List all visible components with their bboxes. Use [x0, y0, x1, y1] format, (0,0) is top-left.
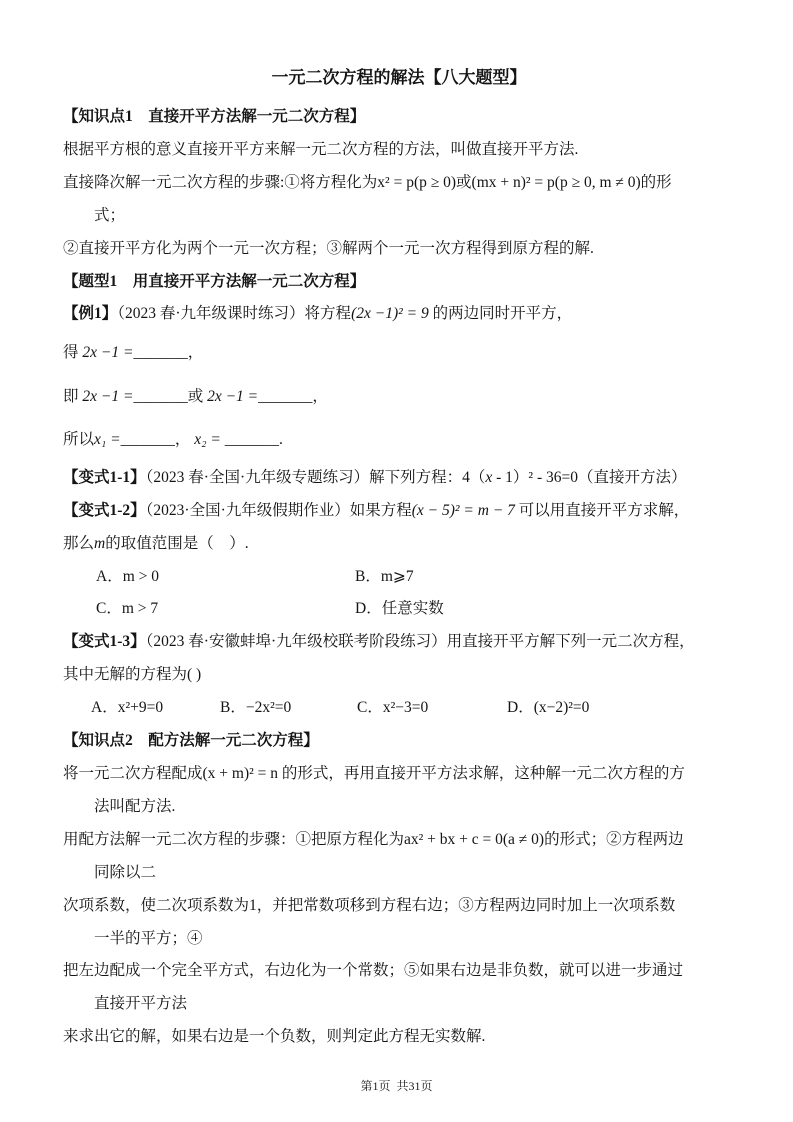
document-page: 一元二次方程的解法【八大题型】 【知识点1 直接开平方法解一元二次方程】根据平方… — [0, 0, 793, 1122]
text-segment: 直接降次解一元二次方程的步骤:①将方程化为x² = p(p ≥ 0)或(mx +… — [63, 174, 672, 191]
text-segment: 次项系数，使二次项系数为1，并把常数项移到方程右边；③方程两边同时加上一次项系数 — [63, 897, 675, 914]
kp2-definition-line-2: 法叫配方法. — [63, 791, 735, 824]
kp2-definition-line-1: 将一元二次方程配成(x + m)² = n 的形式，再用直接开平方法求解，这种解… — [63, 758, 735, 791]
text-segment: m — [94, 535, 105, 552]
text-segment: 或 — [188, 388, 207, 405]
option-item: C．x²−3=0 — [357, 692, 507, 725]
text-segment: 2x −1 = — [82, 388, 133, 405]
example-1-blank-line-1: 得 2x −1 =_______， — [63, 331, 735, 375]
text-segment: (x − 5)² = m − 7 — [412, 502, 515, 519]
text-segment: (2x −1)² = 9 — [351, 305, 429, 322]
option-item: B．m⩾7 — [355, 561, 414, 594]
text-segment: 其中无解的方程为( ) — [63, 666, 201, 683]
kp1-steps-line-1: 直接降次解一元二次方程的步骤:①将方程化为x² = p(p ≥ 0)或(mx +… — [63, 167, 735, 200]
text-segment: ②直接开平方化为两个一元一次方程；③解两个一元一次方程得到原方程的解. — [63, 240, 594, 257]
text-segment: 法叫配方法. — [94, 798, 175, 815]
kp2-steps-line-3: 次项系数，使二次项系数为1，并把常数项移到方程右边；③方程两边同时加上一次项系数 — [63, 890, 735, 923]
example-1-blank-line-3: 所以x₁ =_______， x₂ = _______. — [63, 418, 735, 462]
option-item: B．−2x²=0 — [220, 692, 357, 725]
variant-1-2-stem: 【变式1-2】（2023·全国·九年级假期作业）如果方程(x − 5)² = m… — [63, 495, 735, 528]
text-segment: （2023·全国·九年级假期作业）如果方程 — [146, 502, 412, 519]
variant-1-1-stem: 【变式1-1】（2023 春·全国·九年级专题练习）解下列方程：4（x - 1）… — [63, 462, 735, 495]
text-segment: _______ — [121, 431, 175, 448]
option-item: A．x²+9=0 — [91, 692, 220, 725]
text-segment: 那么 — [63, 535, 94, 552]
text-segment: 来求出它的解，如果右边是一个负数，则判定此方程无实数解. — [63, 1028, 485, 1045]
text-segment: 直接开平方法 — [94, 995, 187, 1012]
kp2-steps-line-1: 用配方法解一元二次方程的步骤：①把原方程化为ax² + bx + c = 0(a… — [63, 824, 735, 857]
variant-1-3-options: A．x²+9=0B．−2x²=0C．x²−3=0D．(x−2)²=0 — [63, 692, 735, 725]
kp1-definition: 根据平方根的意义直接开平方来解一元二次方程的方法，叫做直接开平方法. — [63, 134, 735, 167]
kp1-steps-line-3: ②直接开平方化为两个一元一次方程；③解两个一元一次方程得到原方程的解. — [63, 233, 735, 266]
doc-lines: 【知识点1 直接开平方法解一元二次方程】根据平方根的意义直接开平方来解一元二次方… — [63, 101, 735, 1054]
kp2-steps-line-2: 同除以二 — [63, 857, 735, 890]
text-segment: - 1）² - 36=0（直接开方法） — [492, 469, 686, 486]
page-title: 一元二次方程的解法【八大题型】 — [63, 66, 735, 90]
text-segment: x₂ = — [194, 431, 224, 448]
text-segment: （2023 春·全国·九年级专题练习）解下列方程：4（ — [146, 469, 486, 486]
option-item: A．m > 0 — [96, 561, 355, 594]
text-segment: ， — [312, 388, 328, 405]
text-segment: 同除以二 — [94, 864, 156, 881]
text-segment: 把左边配成一个完全平方式，右边化为一个常数；⑤如果右边是非负数，就可以进一步通过 — [63, 962, 683, 979]
variant-1-2-question: 那么m的取值范围是（ ）. — [63, 528, 735, 561]
text-segment: （2023 春·安徽蚌埠·九年级校联考阶段练习）用直接开平方解下列一元二次方程， — [146, 633, 695, 650]
example-1-stem: 【例1】（2023 春·九年级课时练习）将方程(2x −1)² = 9 的两边同… — [63, 298, 735, 331]
text-segment: 【变式1-2】 — [63, 502, 146, 519]
option-item: D．(x−2)²=0 — [507, 692, 589, 725]
kp1-steps-line-2: 式； — [63, 200, 735, 233]
kp2-steps-line-7: 来求出它的解，如果右边是一个负数，则判定此方程无实数解. — [63, 1021, 735, 1054]
knowledge-point-1-heading: 【知识点1 直接开平方法解一元二次方程】 — [63, 101, 735, 134]
text-segment: 根据平方根的意义直接开平方来解一元二次方程的方法，叫做直接开平方法. — [63, 141, 578, 158]
variant-1-3-question: 其中无解的方程为( ) — [63, 659, 735, 692]
text-segment: 2x −1 = — [207, 388, 258, 405]
text-segment: 的取值范围是（ ）. — [105, 535, 248, 552]
text-segment: 将一元二次方程配成(x + m)² = n 的形式，再用直接开平方法求解，这种解… — [63, 765, 685, 782]
text-segment: 即 — [63, 388, 82, 405]
text-segment: _______ — [225, 431, 279, 448]
option-item: C．m > 7 — [96, 593, 355, 626]
text-segment: 【题型1 用直接开平方法解一元二次方程】 — [63, 273, 365, 290]
text-segment: x₁ = — [94, 431, 121, 448]
text-segment: 所以 — [63, 431, 94, 448]
text-segment: 用配方法解一元二次方程的步骤：①把原方程化为ax² + bx + c = 0(a… — [63, 831, 684, 848]
text-segment: （2023 春·九年级课时练习）将方程 — [117, 305, 351, 322]
kp2-steps-line-6: 直接开平方法 — [63, 988, 735, 1021]
example-1-blank-line-2: 即 2x −1 =_______或 2x −1 =_______， — [63, 375, 735, 419]
text-segment: 一半的平方；④ — [94, 930, 203, 947]
text-segment: _______ — [258, 388, 312, 405]
text-segment: 2x −1 = — [82, 344, 133, 361]
text-segment: _______ — [133, 344, 187, 361]
variant-1-2-options-ab: A．m > 0B．m⩾7 — [63, 561, 735, 594]
text-segment: 【变式1-3】 — [63, 633, 146, 650]
knowledge-point-2-heading: 【知识点2 配方法解一元二次方程】 — [63, 725, 735, 758]
text-segment: ， — [175, 431, 194, 448]
text-segment: 【知识点2 配方法解一元二次方程】 — [63, 732, 319, 749]
text-segment: 的两边同时开平方， — [429, 305, 572, 322]
text-segment: 【变式1-1】 — [63, 469, 146, 486]
variant-1-3-stem: 【变式1-3】（2023 春·安徽蚌埠·九年级校联考阶段练习）用直接开平方解下列… — [63, 626, 735, 659]
variant-1-2-options-cd: C．m > 7D．任意实数 — [63, 593, 735, 626]
text-segment: . — [279, 431, 283, 448]
page-footer: 第1页 共31页 — [0, 1077, 793, 1094]
text-segment: 【知识点1 直接开平方法解一元二次方程】 — [63, 108, 365, 125]
text-segment: 【例1】 — [63, 305, 117, 322]
text-segment: 可以用直接开平方求解， — [515, 502, 689, 519]
document-content: 一元二次方程的解法【八大题型】 【知识点1 直接开平方法解一元二次方程】根据平方… — [0, 0, 793, 1054]
kp2-steps-line-4: 一半的平方；④ — [63, 923, 735, 956]
topic-1-heading: 【题型1 用直接开平方法解一元二次方程】 — [63, 266, 735, 299]
text-segment: 式； — [94, 207, 125, 224]
option-item: D．任意实数 — [355, 593, 444, 626]
text-segment: _______ — [133, 388, 187, 405]
text-segment: 得 — [63, 344, 82, 361]
kp2-steps-line-5: 把左边配成一个完全平方式，右边化为一个常数；⑤如果右边是非负数，就可以进一步通过 — [63, 955, 735, 988]
text-segment: ， — [188, 344, 204, 361]
